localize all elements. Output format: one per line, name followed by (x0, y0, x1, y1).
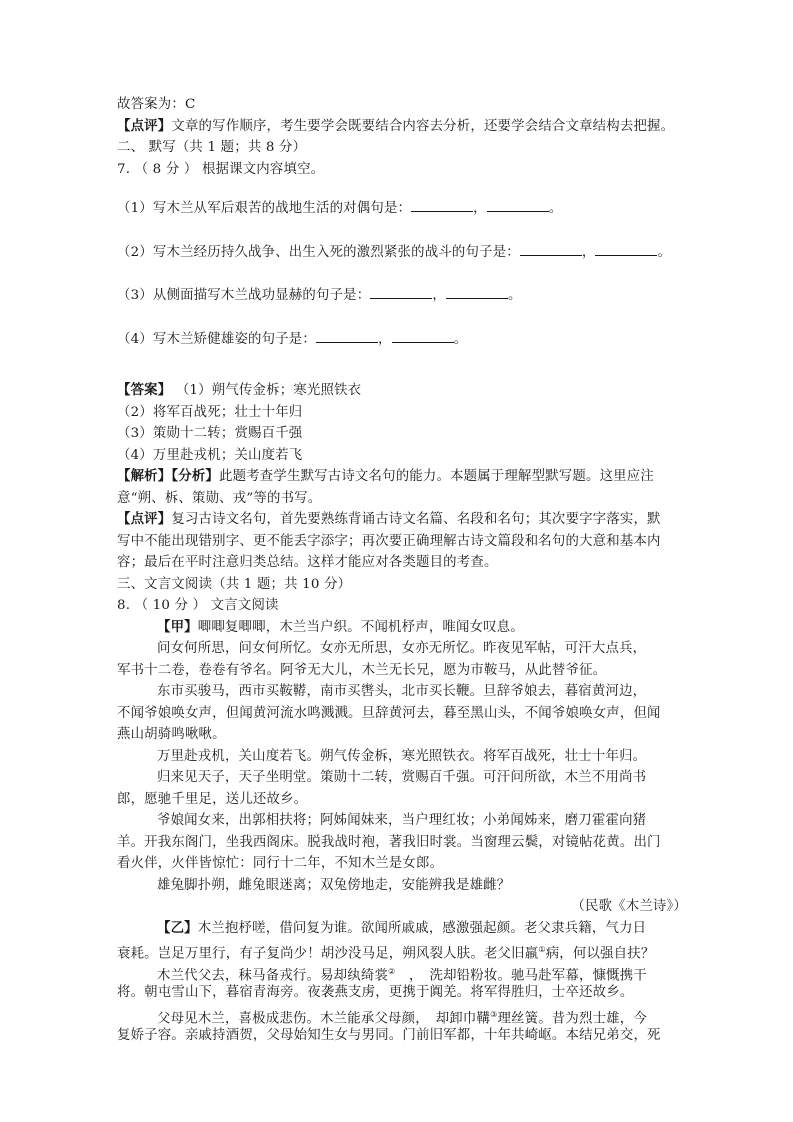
answer-blank[interactable] (316, 330, 378, 343)
answer-blank[interactable] (370, 286, 432, 299)
passage-yi-line: 父母见木兰，喜极成悲伤。木兰能承父母颜， 却卸巾鞲③理丝簧。昔为烈士雄，今 (117, 1004, 687, 1026)
comment-text: 复习古诗文名句，首先要熟练背诵古诗文名篇、名段和名句；其次要字字落实，默 (171, 512, 660, 527)
period: 。 (454, 332, 468, 347)
passage-jia-line: 不闻爷娘唤女声，但闻黄河流水鸣溅溅。旦辞黄河去，暮至黑山头，不闻爷娘唤女声，但闻 (117, 703, 687, 725)
answer-label: 【答案】 (117, 382, 171, 398)
answer-blank[interactable] (520, 243, 582, 256)
fill-item-3: （3）从侧面描写木兰战功显赫的句子是：，。 (117, 285, 687, 307)
separator: ， (378, 332, 392, 347)
fill-item-1: （1）写木兰从军后艰苦的战地生活的对偶句是：，。 (117, 198, 687, 220)
document-page: 故答案为：C 【点评】文章的写作顺序，考生要学会既要结合内容去分析，还要学会结合… (117, 94, 687, 1047)
answer-line-4: （4）万里赴戎机；关山度若飞 (117, 445, 687, 467)
separator: ， (582, 245, 596, 260)
passage-yi-line: 衰耗。岂足万里行，有子复尚少！胡沙没马足，朔风裂人肤。老父旧羸①病，何以强自扶？ (117, 939, 687, 961)
answer-blank[interactable] (446, 286, 508, 299)
fill-prompt: （3）从侧面描写木兰战功显赫的句子是： (117, 288, 370, 303)
passage-text: 理丝簧。昔为烈士雄，今 (497, 1011, 647, 1026)
answer-blank[interactable] (595, 243, 657, 256)
passage-jia-line: 郎，愿驰千里足，送儿还故乡。 (117, 789, 687, 811)
separator: ， (432, 288, 446, 303)
answer-line-3: （3）策勋十二转；赏赐百千强 (117, 423, 687, 445)
answer-line-1: 【答案】 （1）朔气传金柝；寒光照铁衣 (117, 380, 687, 402)
passage-yi-line: 木兰代父去，秣马备戎行。易却纨绮裳② ， 洗却铅粉妆。驰马赴军幕，慷慨携干 (117, 961, 687, 983)
answer-text: （1）朔气传金柝；寒光照铁衣 (176, 383, 361, 398)
passage-text: 木兰代父去，秣马备戎行。易却纨绮裳 (157, 968, 388, 983)
passage-text: 衰耗。岂足万里行，有子复尚少！胡沙没马足，朔风裂人肤。老父旧羸 (117, 946, 538, 961)
analysis-line-1: 【解析】【分析】此题考查学生默写古诗文名句的能力。本题属于理解型默写题。这里应注 (117, 466, 687, 488)
passage-yi-line: 【乙】木兰抱杼嗟，借问复为谁。欲闻所戚戚，感激强起颜。老父隶兵籍，气力日 (117, 918, 687, 940)
footnote-marker: ① (538, 945, 545, 954)
previous-comment: 【点评】文章的写作顺序，考生要学会既要结合内容去分析，还要学会结合文章结构去把握… (117, 116, 687, 138)
analysis-line-2: 意“朔、柝、策勋、戎”等的书写。 (117, 488, 687, 510)
passage-jia-line: 【甲】唧唧复唧唧，木兰当户织。不闻机杼声，唯闻女叹息。 (117, 617, 687, 639)
passage-jia-label: 【甲】 (157, 619, 198, 635)
period: 。 (508, 288, 522, 303)
previous-answer: 故答案为：C (117, 94, 687, 116)
analysis-label: 【解析】【分析】 (117, 468, 219, 484)
passage-yi-label: 【乙】 (157, 920, 198, 936)
passage-yi-line: 复娇子容。亲戚持酒贺，父母始知生女与男同。门前旧军都，十年共崎岖。本结兄弟交，死 (117, 1025, 687, 1047)
passage-jia-line: 羊。开我东阁门，坐我西阁床。脱我战时袍，著我旧时裳。当窗理云鬓，对镜帖花黄。出门 (117, 832, 687, 854)
answer-blank[interactable] (392, 330, 454, 343)
passage-jia-source: （民歌《木兰诗》） (117, 896, 687, 918)
period: 。 (549, 201, 563, 216)
passage-yi-line: 将。朝屯雪山下，暮宿青海旁。夜袭燕支虏，更携于阗羌。将军得胜归，士卒还故乡。 (117, 982, 687, 1004)
fill-prompt: （4）写木兰矫健雄姿的句子是： (117, 332, 316, 347)
comment-line-3: 容；最后在平时注意归类总结。这样才能应对各类题目的考查。 (117, 552, 687, 574)
question-8-title: 8. （ 10 分 ） 文言文阅读 (117, 595, 687, 617)
passage-text: 木兰抱杼嗟，借问复为谁。欲闻所戚戚，感激强起颜。老父隶兵籍，气力日 (198, 921, 647, 936)
passage-text: ， 洗却铅粉妆。驰马赴军幕，慷慨携干 (395, 968, 647, 983)
fill-item-4: （4）写木兰矫健雄姿的句子是：，。 (117, 329, 687, 351)
separator: ， (473, 201, 487, 216)
answer-blank[interactable] (411, 199, 473, 212)
passage-jia-line: 看火伴，火伴皆惊忙：同行十二年，不知木兰是女郎。 (117, 853, 687, 875)
comment-label: 【点评】 (117, 118, 171, 134)
fill-item-2: （2）写木兰经历持久战争、出生入死的激烈紧张的战斗的句子是：，。 (117, 242, 687, 264)
passage-jia-line: 燕山胡骑鸣啾啾。 (117, 724, 687, 746)
period: 。 (657, 245, 671, 260)
section-3-heading: 三、文言文阅读（共 1 题；共 10 分） (117, 574, 687, 596)
answer-blank[interactable] (487, 199, 549, 212)
passage-jia-line: 东市买骏马，西市买鞍鞯，南市买辔头，北市买长鞭。旦辞爷娘去，暮宿黄河边， (117, 681, 687, 703)
fill-prompt: （2）写木兰经历持久战争、出生入死的激烈紧张的战斗的句子是： (117, 245, 520, 260)
comment-label: 【点评】 (117, 511, 171, 527)
passage-text: 唧唧复唧唧，木兰当户织。不闻机杼声，唯闻女叹息。 (198, 620, 524, 635)
fill-prompt: （1）写木兰从军后艰苦的战地生活的对偶句是： (117, 201, 411, 216)
passage-text: 父母见木兰，喜极成悲伤。木兰能承父母颜， 却卸巾鞲 (157, 1011, 490, 1026)
comment-line-2: 写中不能出现错别字、更不能丢字添字；再次要正确理解古诗文篇段和名句的大意和基本内 (117, 531, 687, 553)
passage-jia-line: 雄兔脚扑朔，雌兔眼迷离；双兔傍地走，安能辨我是雄雌？ (117, 875, 687, 897)
passage-jia-line: 万里赴戎机，关山度若飞。朔气传金柝，寒光照铁衣。将军百战死，壮士十年归。 (117, 746, 687, 768)
answer-line-2: （2）将军百战死；壮士十年归 (117, 402, 687, 424)
passage-jia-line: 爷娘闻女来，出郭相扶将；阿姊闻妹来，当户理红妆；小弟闻姊来，磨刀霍霍向猪 (117, 810, 687, 832)
question-7-title: 7. （ 8 分 ） 根据课文内容填空。 (117, 159, 687, 181)
passage-jia-line: 问女何所思，问女何所忆。女亦无所思，女亦无所忆。昨夜见军帖，可汗大点兵， (117, 638, 687, 660)
passage-jia-line: 归来见天子，天子坐明堂。策勋十二转，赏赐百千强。可汗问所欲，木兰不用尚书 (117, 767, 687, 789)
passage-jia-line: 军书十二卷，卷卷有爷名。阿爷无大儿，木兰无长兄，愿为市鞍马，从此替爷征。 (117, 660, 687, 682)
comment-text: 文章的写作顺序，考生要学会既要结合内容去分析，还要学会结合文章结构去把握。 (171, 119, 674, 134)
section-2-heading: 二、 默写（共 1 题；共 8 分） (117, 137, 687, 159)
passage-text: 病，何以强自扶？ (546, 946, 655, 961)
comment-line-1: 【点评】复习古诗文名句，首先要熟练背诵古诗文名篇、名段和名句；其次要字字落实，默 (117, 509, 687, 531)
analysis-text: 此题考查学生默写古诗文名句的能力。本题属于理解型默写题。这里应注 (219, 469, 654, 484)
